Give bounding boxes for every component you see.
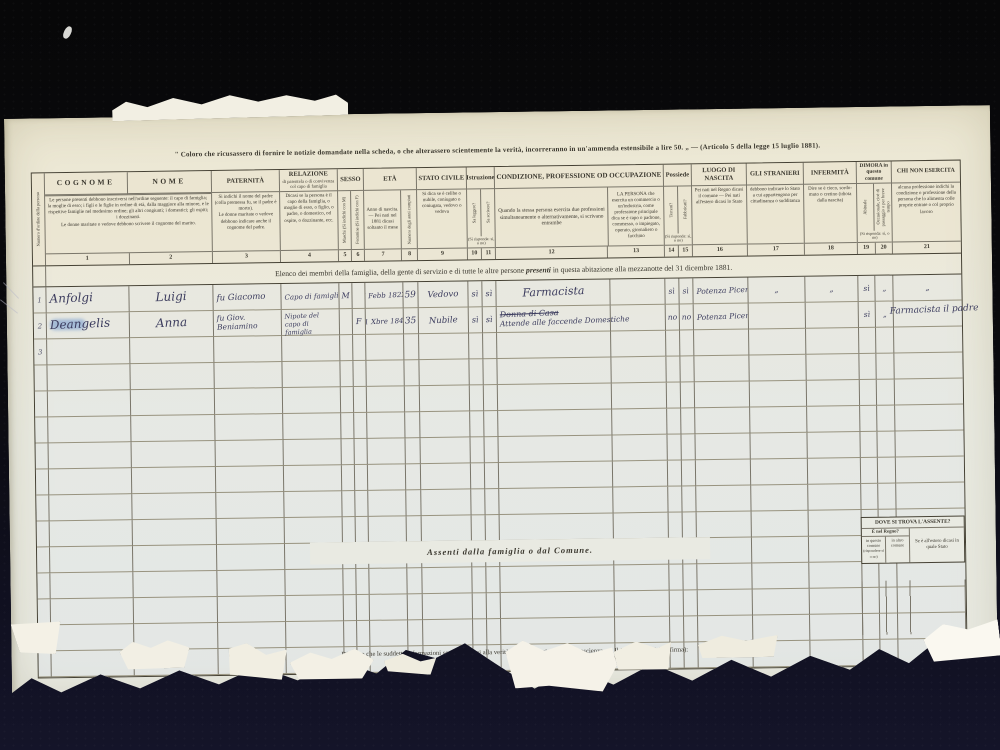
condizione-persona-note: LA PERSONA che esercita un commercio o u… (608, 189, 663, 243)
cell-nome: Anna (155, 315, 187, 330)
col-num-6: 6 (352, 250, 364, 261)
col-cognome-title: COGNOME (45, 172, 128, 195)
col-num-9: 9 (418, 248, 467, 260)
col-group-relazione: RELAZIONE di parentela o di convivenza c… (280, 169, 339, 262)
col-group-stato-civile: STATO CIVILE Si dica se è celibe o nubil… (417, 167, 468, 260)
possiede-terreni-label: Terreni? (668, 187, 674, 234)
col-group-infermita: INFERMITÀ Dire se è cieco, sordo-muto o … (804, 162, 858, 255)
col-nome-title: NOME (127, 171, 211, 194)
col-eta-title: ETÀ (364, 168, 416, 191)
cell-chi-non-esercita: „ (925, 283, 930, 292)
assente-altro-comune: in altro comune (886, 536, 909, 562)
col-possiede-title: Possiede (664, 164, 691, 186)
col-num-11: 11 (482, 248, 495, 259)
cell-sa-scrivere: sì (486, 315, 493, 324)
cell-cognome: Anfolgi (49, 290, 93, 306)
cell-anni: 35 (405, 316, 417, 326)
col-group-paternita: PATERNITÀ Si indichi il nome del padre (… (212, 170, 281, 263)
cell-stranieri: „ (774, 285, 779, 294)
cognome-nome-note2: Le donne maritate o vedove debbono scriv… (61, 221, 196, 228)
col-num-21: 21 (893, 242, 961, 254)
cell-fabbricati: no (681, 312, 691, 321)
col-num-14: 14 (665, 246, 679, 257)
cell-terreni: sì (669, 286, 676, 295)
col-index-label: Numero d'ordine della persona (35, 173, 41, 265)
elenco-pre: Elenco dei membri della famiglia, della … (275, 265, 526, 278)
col-group-sesso: SESSO Maschi (Si indichi con M) Femmine … (338, 169, 365, 261)
col-num-19: 19 (858, 243, 876, 254)
cell-cognome: Deangelis (50, 316, 111, 332)
assente-risponda: (rispondere sì o no) (863, 549, 884, 559)
col-infermita-title: INFERMITÀ (804, 162, 856, 185)
cell-relazione: Nipote del capo di famiglia (284, 311, 336, 337)
paper-sliver (62, 25, 74, 40)
col-num-7: 7 (365, 249, 403, 261)
istruzione-risponda: (Si risponda: sì, o no) (468, 236, 495, 248)
legal-warning: " Coloro che ricusassero di fornire le n… (4, 139, 990, 161)
col-relazione-sub: di parentela o di convivenza col capo di… (281, 178, 336, 189)
cell-paternita: fu Giov. Beniamino (217, 311, 279, 331)
cell-chi-non-esercita: Farmacista il padre (890, 303, 979, 317)
paternita-note1: Si indichi il nome del padre (colla prem… (215, 194, 277, 212)
paternita-note2: Le donne maritate o vedove debbono indic… (219, 213, 274, 231)
col-luogo-title: LUOGO DI NASCITA (692, 164, 746, 187)
possiede-fabbricati-label: Fabbricati? (682, 186, 688, 233)
row-number: 3 (38, 348, 43, 356)
cell-dimora-abituale: sì (863, 284, 870, 293)
col-num-3: 3 (213, 251, 280, 263)
relazione-note: Dicasi se la persona è il capo della fam… (280, 191, 338, 250)
col-num-15: 15 (679, 245, 692, 256)
col-stranieri-title: GLI STRANIERI (747, 163, 803, 186)
col-sesso-title: SESSO (338, 169, 363, 191)
cell-stato-civile: Vedovo (427, 289, 458, 300)
cell-infermita: „ (829, 284, 834, 293)
cell-sesso-f: F (356, 317, 362, 326)
cell-nome: Luigi (155, 289, 187, 304)
col-condizione-title: CONDIZIONE, PROFESSIONE OD OCCUPAZIONE (495, 165, 663, 189)
cell-luogo-nascita: Potenza Picena (696, 285, 748, 296)
cell-dimora-occasionale: „ (882, 284, 886, 293)
table-header: Numero d'ordine della persona COGNOME NO… (32, 161, 961, 267)
elenco-post: in questa abitazione alla mezzanotte del… (551, 262, 732, 274)
dimora-abituale-label: Abituale (862, 184, 868, 231)
col-group-eta: ETÀ Anno di nascita. — Pei nati nel 1881… (364, 168, 418, 261)
possiede-risponda: (Si risponda: sì, o no) (665, 233, 692, 245)
col-num-1: 1 (46, 253, 130, 265)
col-stato-title: STATO CIVILE (417, 167, 466, 190)
eta-anni-label: Numero degli anni compiuti (406, 190, 412, 248)
col-num-12: 12 (496, 246, 608, 259)
cell-terreni: no (667, 312, 677, 321)
eta-anno-note: Anno di nascita. — Pei nati nel 1881 dic… (364, 205, 401, 234)
col-num-18: 18 (805, 243, 857, 255)
cell-dimora-occasionale: „ (882, 310, 886, 319)
condizione-due-note: Quando la stessa persona esercita due pr… (495, 204, 608, 230)
col-istruzione-title: Istruzione (467, 167, 494, 189)
col-num-16: 16 (693, 245, 747, 257)
col-num-8: 8 (402, 249, 417, 260)
ruled-rows (34, 353, 966, 678)
cell-sa-leggere: sì (471, 289, 478, 298)
stato-note: Si dica se è celibe o nubile, coniugato … (417, 189, 467, 248)
photo-background: " Coloro che ricusassero di fornire le n… (0, 0, 1000, 750)
assente-questo-comune: in questo comune(rispondere sì o no) (862, 537, 886, 563)
col-group-luogo-nascita: LUOGO DI NASCITA Pei nati nel Regno dica… (692, 164, 748, 257)
cell-sesso-m: M (341, 291, 350, 300)
cell-anno-nascita: 6 Febb 1822 (365, 290, 403, 300)
col-paternita-title: PATERNITÀ (212, 170, 279, 193)
row-number: 2 (38, 322, 43, 330)
cell-sa-scrivere: sì (485, 289, 492, 298)
elenco-presenti: presenti (526, 265, 551, 274)
table-body: 1 Anfolgi Luigi fu Giacomo Capo di famig… (33, 275, 966, 678)
istruzione-legge-label: Sa leggere? (471, 189, 477, 236)
cell-paternita: fu Giacomo (216, 292, 265, 304)
col-num-13: 13 (608, 246, 664, 258)
col-chinon-title: CHI NON ESERCITA (892, 161, 960, 184)
cell-condizione: Farmacista (522, 284, 584, 299)
dimora-risponda: (Si risponda: sì, o no) (858, 230, 892, 242)
col-group-istruzione: Istruzione Sa leggere? Sa scrivere? (Si … (467, 167, 496, 259)
chinon-note: alcuna professione indichi la condizione… (892, 183, 961, 242)
col-group-possiede: Possiede Terreni? Fabbricati? (Si rispon… (664, 164, 693, 256)
cell-dimora-abituale: sì (864, 310, 871, 319)
col-num-4: 4 (281, 250, 338, 262)
infermita-note: Dire se è cieco, sordo-muto o cretino (i… (804, 184, 857, 243)
col-num-17: 17 (748, 244, 804, 256)
luogo-note: Pei nati nel Regno dicasi il comune — Pe… (692, 186, 747, 245)
census-sheet: " Coloro che ricusassero di fornire le n… (4, 105, 998, 699)
assente-location-box: DOVE SI TROVA L'ASSENTE? È nel Regno? in… (861, 516, 966, 564)
assente-estero-label: Se è all'estero dicasi in quale Stato (910, 528, 964, 563)
col-num-20: 20 (875, 243, 892, 254)
col-group-dimora: DIMORA in questo comune Abituale Occasio… (857, 162, 893, 254)
stranieri-note: debbono indicare lo Stato a cui apparten… (747, 185, 804, 244)
cell-sa-leggere: sì (472, 315, 479, 324)
census-table: Numero d'ordine della persona COGNOME NO… (31, 160, 968, 679)
col-num-5: 5 (339, 250, 352, 261)
col-group-condizione: CONDIZIONE, PROFESSIONE OD OCCUPAZIONE Q… (495, 165, 665, 259)
cell-relazione: Capo di famiglia (284, 291, 339, 301)
cell-luogo-nascita: Potenza Picena (697, 311, 749, 322)
col-group-chi-non-esercita: CHI NON ESERCITA alcuna professione indi… (892, 161, 961, 254)
col-num-10: 10 (468, 248, 482, 259)
dimora-occasionale-label: Occasionale, cioè di passaggio o per bre… (875, 184, 891, 231)
cell-fabbricati: sì (683, 286, 690, 295)
col-group-cognome-nome: COGNOME NOME Le persone presenti debbono… (45, 171, 213, 265)
col-dimora-title: DIMORA in questo comune (857, 162, 891, 184)
col-num-2: 2 (129, 252, 212, 264)
cell-anno-nascita: 31 Xbre 1846 (366, 316, 404, 326)
cell-anni: 59 (405, 290, 417, 300)
row-number: 1 (37, 296, 42, 304)
cell-stato-civile: Nubile (429, 315, 458, 326)
elenco-spacer (33, 266, 46, 286)
sesso-femmine-label: Femmine (Si indichi con F) (354, 191, 360, 249)
col-group-stranieri: GLI STRANIERI debbono indicare lo Stato … (747, 163, 805, 256)
cognome-nome-note1: Le persone presenti debbono inscriversi … (48, 196, 209, 221)
istruzione-scrive-label: Sa scrivere? (485, 189, 491, 236)
sesso-maschi-label: Maschi (Si indichi con M) (341, 191, 347, 249)
col-index: Numero d'ordine della persona (32, 173, 46, 265)
